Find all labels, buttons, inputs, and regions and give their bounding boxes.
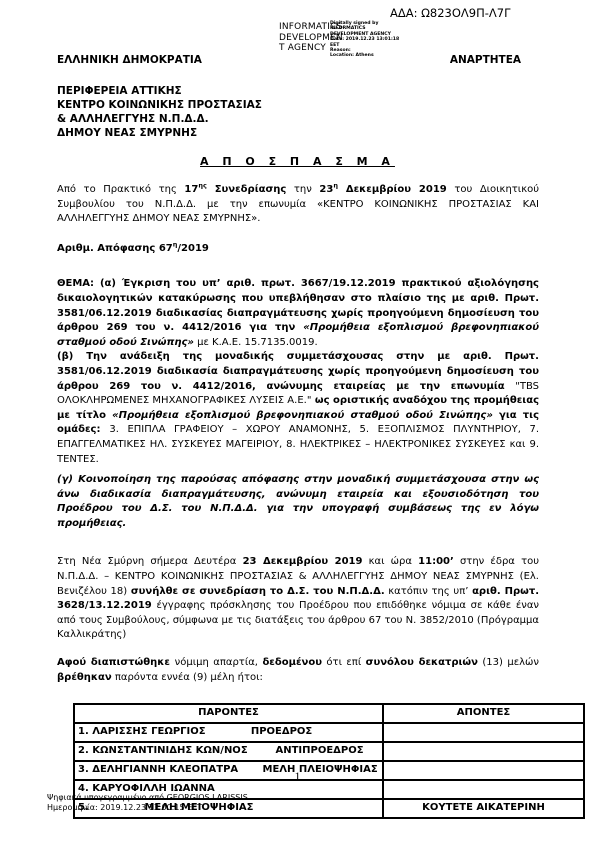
attendance-row: 2. ΚΩΝΣΤΑΝΤΙΝΙΔΗΣ ΚΩΝ/ΝΟΣ ΑΝΤΙΠΡΟΕΔΡΟΣ xyxy=(74,742,584,761)
ada-code: ΑΔΑ: Ω823ΟΛ9Π-Λ7Γ xyxy=(390,6,511,20)
footer-date-line: Ημερομηνία: 2019.12.23 13:00:15 EET xyxy=(47,803,248,813)
absent-column-header: ΑΠΟΝΤΕΣ xyxy=(383,704,584,723)
page-number: 1 xyxy=(0,769,595,784)
document-title: Α Π Ο Σ Π Α Σ Μ Α xyxy=(0,155,595,168)
present-member-cell: 1. ΛΑΡΙΣΣΗΣ ΓΕΩΡΓΙΟΣ ΠΡΟΕΔΡΟΣ xyxy=(74,723,383,742)
organization-line: ΠΕΡΙΦΕΡΕΙΑ ΑΤΤΙΚΗΣ xyxy=(57,84,262,98)
hellenic-republic-label: ΕΛΛΗΝΙΚΗ ΔΗΜΟΚΡΑΤΙΑ xyxy=(57,54,202,66)
document-page: ΑΔΑ: Ω823ΟΛ9Π-Λ7Γ INFORMATICS DEVELOPMEN… xyxy=(0,0,595,842)
organization-block: ΠΕΡΙΦΕΡΕΙΑ ΑΤΤΙΚΗΣ ΚΕΝΤΡΟ ΚΟΙΝΩΝΙΚΗΣ ΠΡΟ… xyxy=(57,84,262,140)
absent-member-cell xyxy=(383,742,584,761)
paragraph-intro: Από το Πρακτικό της 17ης Συνεδρίασης την… xyxy=(57,183,539,227)
signature-detail-line: Date: 2019.12.23 13:01:18 xyxy=(330,37,399,42)
footer-signer-line: Ψηφιακά υπογεγραμμένο από GEORGIOS LARIS… xyxy=(47,793,248,803)
paragraph-quorum: Αφού διαπιστώθηκε νόμιμη απαρτία, δεδομέ… xyxy=(57,656,539,685)
present-member-cell: 2. ΚΩΝΣΤΑΝΤΙΝΙΔΗΣ ΚΩΝ/ΝΟΣ ΑΝΤΙΠΡΟΕΔΡΟΣ xyxy=(74,742,383,761)
organization-line: ΔΗΜΟΥ ΝΕΑΣ ΣΜΥΡΝΗΣ xyxy=(57,126,262,140)
present-column-header: ΠΑΡΟΝΤΕΣ xyxy=(74,704,383,723)
paragraph-meeting-details: Στη Νέα Σμύρνη σήμερα Δευτέρα 23 Δεκεμβρ… xyxy=(57,555,539,643)
digital-signature-details: Digitally signed by INFORMATICS DEVELOPM… xyxy=(330,21,399,59)
document-body: Από το Πρακτικό της 17ης Συνεδρίασης την… xyxy=(57,183,539,819)
organization-line: ΚΕΝΤΡΟ ΚΟΙΝΩΝΙΚΗΣ ΠΡΟΣΤΑΣΙΑΣ xyxy=(57,98,262,112)
paragraph-subject-a: ΘΕΜΑ: (α) Έγκριση του υπ’ αριθ. πρωτ. 36… xyxy=(57,277,539,350)
attendance-header-row: ΠΑΡΟΝΤΕΣ ΑΠΟΝΤΕΣ xyxy=(74,704,584,723)
anartitea-label: ΑΝΑΡΤΗΤΕΑ xyxy=(450,54,521,66)
decision-number: Αριθμ. Απόφασης 67η/2019 xyxy=(57,242,539,257)
digital-signature-footer: Ψηφιακά υπογεγραμμένο από GEORGIOS LARIS… xyxy=(47,793,248,813)
paragraph-subject-b: (β) Την ανάδειξη της μοναδικής συμμετάσχ… xyxy=(57,350,539,467)
attendance-row: 1. ΛΑΡΙΣΣΗΣ ΓΕΩΡΓΙΟΣ ΠΡΟΕΔΡΟΣ xyxy=(74,723,584,742)
absent-member-cell xyxy=(383,723,584,742)
organization-line: & ΑΛΛΗΛΕΓΓΥΗΣ Ν.Π.Δ.Δ. xyxy=(57,112,262,126)
absent-member-cell: ΚΟΥΤΕΤΕ ΑΙΚΑΤΕΡΙΝΗ xyxy=(383,799,584,818)
signature-detail-line: Location: Athens xyxy=(330,53,399,58)
paragraph-subject-c: (γ) Κοινοποίηση της παρούσας απόφασης στ… xyxy=(57,473,539,531)
